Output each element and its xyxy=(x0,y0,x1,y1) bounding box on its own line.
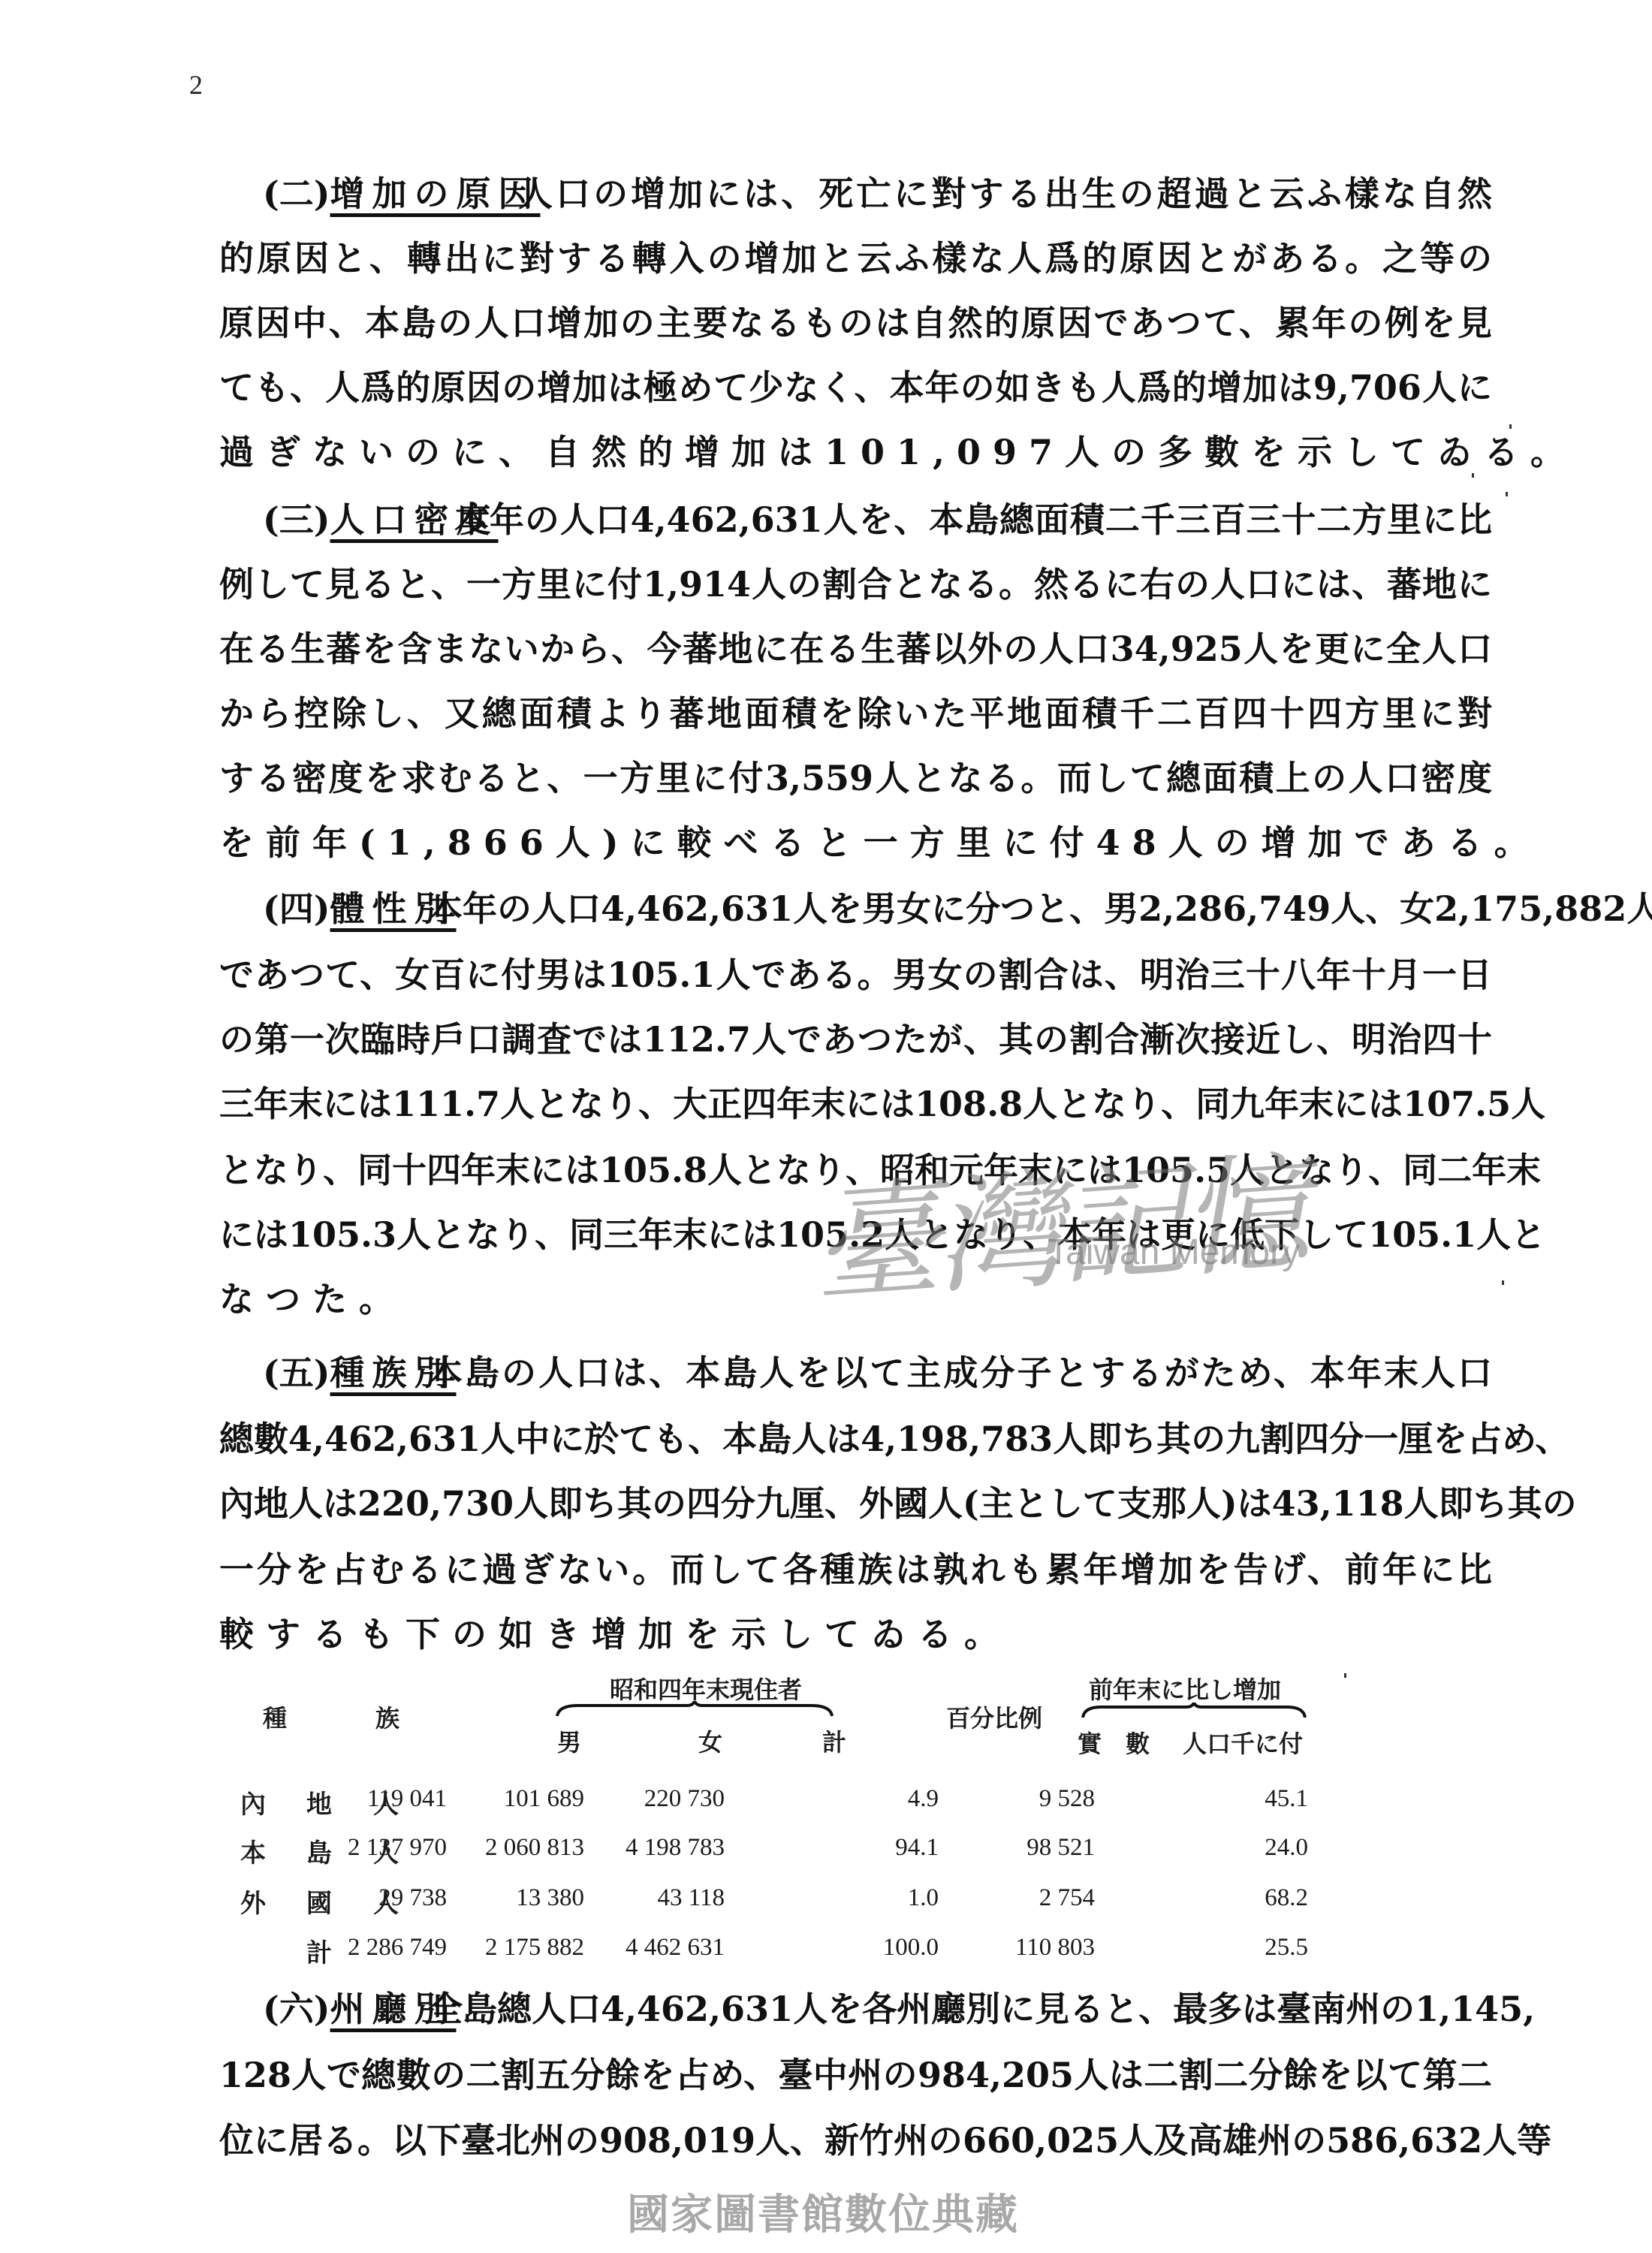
paragraph-line: から控除し、又總面積より蕃地面積を除いた平地面積千二百四十四方里に對 xyxy=(219,691,1492,736)
brace-increase xyxy=(1081,1703,1307,1719)
race-char: 外 xyxy=(240,1883,266,1920)
paragraph-line: ても、人爲的原因の增加は極めて少なく、本年の如きも人爲的增加は9,706人に xyxy=(219,365,1492,410)
cell-percentage: 4.9 xyxy=(908,1785,939,1813)
paragraph-line: 的原因と、轉出に對する轉入の增加と云ふ樣な人爲的原因とがある。之等の xyxy=(219,236,1492,281)
cell-female: 2 175 882 xyxy=(485,1934,584,1962)
taiwan-memory-watermark: 臺灣記憶 xyxy=(805,1109,1310,1327)
section-heading: (六)州廳別 xyxy=(263,1986,457,2031)
cell-increase: 110 803 xyxy=(1015,1934,1095,1962)
paragraph-line: する密度を求むると、一方里に付3,559人となる。而して總面積上の人口密度 xyxy=(219,756,1492,801)
race-char: 島 xyxy=(306,1832,332,1869)
cell-percentage: 94.1 xyxy=(895,1834,939,1862)
paragraph-first-line: 人口の增加には、死亡に對する出生の超過と云ふ樣な自然 xyxy=(518,171,1492,216)
section-number: (五) xyxy=(263,1353,330,1393)
header-per-thousand: 人口千に付 xyxy=(1183,1725,1303,1760)
race-char: 國 xyxy=(306,1883,332,1920)
cell-per-thousand: 45.1 xyxy=(1265,1785,1308,1813)
section-title: 增加の原因 xyxy=(330,173,541,214)
cell-per-thousand: 68.2 xyxy=(1265,1884,1308,1912)
cell-male: 2 286 749 xyxy=(348,1934,447,1962)
paragraph-line: 位に居る。以下臺北州の908,019人、新竹州の660,025人及高雄州の586… xyxy=(219,2118,1492,2163)
paragraph-first-line: 全島總人口4,462,631人を各州廳別に見ると、最多は臺南州の1,145, xyxy=(428,1986,1492,2031)
scan-speck xyxy=(1509,424,1512,429)
cell-male: 119 041 xyxy=(367,1785,447,1813)
ncl-digital-collection-watermark: 國家圖書館數位典藏 xyxy=(627,2182,1019,2242)
total-label: 計 xyxy=(306,1932,332,1969)
cell-male: 29 738 xyxy=(378,1884,447,1912)
paragraph-line: 內地人は220,730人即ち其の四分九厘、外國人(主として支那人)は43,118… xyxy=(219,1481,1492,1526)
header-race-b: 族 xyxy=(375,1700,399,1734)
paragraph-line: 三年末には111.7人となり、大正四年末には108.8人となり、同九年末には10… xyxy=(219,1081,1492,1126)
paragraph-first-line: 本年の人口4,462,631人を、本島總面積二千三百三十二方里に比 xyxy=(454,497,1492,542)
cell-increase: 98 521 xyxy=(1026,1834,1095,1862)
cell-male: 2 137 970 xyxy=(348,1834,447,1862)
header-race-a: 種 xyxy=(263,1700,287,1734)
header-group-increase: 前年末に比し增加 xyxy=(1089,1671,1281,1706)
header-total: 計 xyxy=(822,1724,846,1758)
section-heading: (二)增加の原因 xyxy=(263,171,541,216)
paragraph-line: 總數4,462,631人中に於ても、本島人は4,198,783人即ち其の九割四分… xyxy=(219,1416,1492,1461)
paragraph-line: 原因中、本島の人口增加の主要なるものは自然的原因であつて、累年の例を見 xyxy=(219,300,1492,345)
cell-total: 4 198 783 xyxy=(626,1834,725,1862)
cell-female: 13 380 xyxy=(516,1884,584,1912)
paragraph-first-line: 本年の人口4,462,631人を男女に分つと、男2,286,749人、女2,17… xyxy=(428,886,1492,931)
header-female: 女 xyxy=(698,1724,722,1758)
scan-speck xyxy=(1344,1673,1346,1678)
paragraph-first-line: 本島の人口は、本島人を以て主成分子とするがため、本年末人口 xyxy=(428,1350,1492,1395)
scan-speck xyxy=(1506,492,1508,496)
paragraph-line: 一分を占むるに過ぎない。而して各種族は孰れも累年增加を告げ、前年に比 xyxy=(219,1547,1492,1592)
section-number: (六) xyxy=(263,1989,330,2029)
section-number: (二) xyxy=(263,173,330,214)
cell-female: 2 060 813 xyxy=(485,1834,584,1862)
cell-total: 43 118 xyxy=(657,1884,725,1912)
paragraph-line: 例して見ると、一方里に付1,914人の割合となる。然るに右の人口には、蕃地に xyxy=(219,562,1492,607)
header-actual-number: 實 數 xyxy=(1078,1725,1150,1760)
paragraph-line: 過ぎないのに、自然的增加は101,097人の多數を示してゐる。 xyxy=(219,430,1492,475)
paragraph-line: の第一次臨時戶口調査では112.7人であつたが、其の割合漸次接近し、明治四十 xyxy=(219,1017,1492,1062)
section-heading: (五)種族別 xyxy=(263,1350,457,1395)
cell-increase: 2 754 xyxy=(1039,1884,1095,1912)
race-char: 地 xyxy=(306,1784,332,1820)
paragraph-line: であつて、女百に付男は105.1人である。男女の割合は、明治三十八年十月一日 xyxy=(219,952,1492,997)
cell-total: 4 462 631 xyxy=(626,1934,725,1962)
cell-per-thousand: 24.0 xyxy=(1265,1834,1308,1862)
race-char: 內 xyxy=(240,1784,266,1820)
race-population-table: 種 族 昭和四年末現住者 男 女 計 百分比例 前年末に比し增加 實 數 人口千… xyxy=(225,1671,1487,1971)
paragraph-line: 在る生蕃を含まないから、今蕃地に在る生蕃以外の人口34,925人を更に全人口 xyxy=(219,626,1492,671)
section-number: (三) xyxy=(263,499,330,540)
race-char: 本 xyxy=(240,1832,266,1869)
header-male: 男 xyxy=(557,1724,581,1758)
page-number: 2 xyxy=(189,69,203,101)
cell-increase: 9 528 xyxy=(1039,1785,1095,1813)
scan-speck xyxy=(1472,473,1474,478)
scan-speck xyxy=(1502,1280,1504,1285)
cell-percentage: 1.0 xyxy=(908,1884,939,1912)
cell-total: 220 730 xyxy=(644,1785,725,1813)
paragraph-line: 128人で總數の二割五分餘を占め、臺中州の984,205人は二割二分餘を以て第二 xyxy=(219,2052,1492,2098)
cell-female: 101 689 xyxy=(504,1785,584,1813)
cell-percentage: 100.0 xyxy=(883,1934,939,1962)
section-number: (四) xyxy=(263,888,330,929)
paragraph-line: 較するも下の如き增加を示してゐる。 xyxy=(219,1612,1492,1657)
section-heading: (四)體性別 xyxy=(263,886,457,931)
brace-current-residents xyxy=(556,1701,834,1718)
paragraph-line: を前年(1,866人)に較べると一方里に付48人の增加である。 xyxy=(219,820,1492,865)
cell-per-thousand: 25.5 xyxy=(1265,1934,1308,1962)
taiwan-memory-watermark-en: Taiwan Memory xyxy=(1048,1232,1300,1273)
header-percentage: 百分比例 xyxy=(946,1700,1042,1734)
